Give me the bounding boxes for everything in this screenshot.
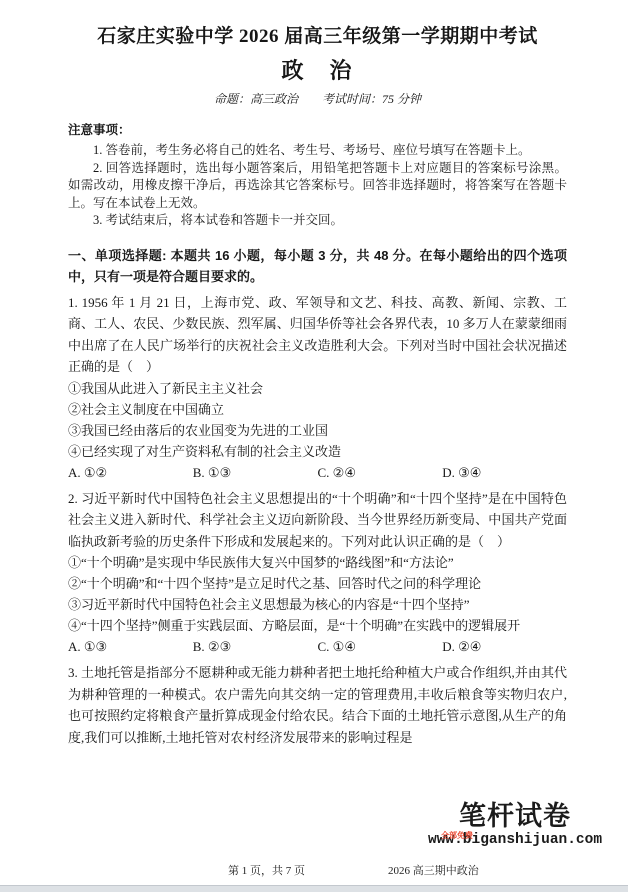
choice-d: D. ②④ <box>442 636 567 657</box>
question-stem: 1. 1956 年 1 月 21 日，上海市党、政、军领导和文艺、科技、高教、新… <box>68 292 567 378</box>
choice-d: D. ③④ <box>442 462 567 483</box>
subject-title: 政 治 <box>68 57 567 85</box>
section-heading: 一、单项选择题: 本题共 16 小题，每小题 3 分，共 48 分。在每小题给出… <box>68 245 567 287</box>
question-statement: ③习近平新时代中国特色社会主义思想最为核心的内容是“十四个坚持” <box>68 594 567 615</box>
answer-choices-row: A. ①③ B. ②③ C. ①④ D. ②④ <box>68 636 567 657</box>
question-3: 3. 土地托管是指部分不愿耕种或无能力耕种者把土地托给种植大户或合作组织,并由其… <box>68 662 567 748</box>
page-footer: 第 1 页，共 7 页 2026 高三期中政治 <box>0 862 628 877</box>
question-statement: ②“十个明确”和“十四个坚持”是立足时代之基、回答时代之问的科学理论 <box>68 573 567 594</box>
exam-meta-line: 命题：高三政治 考试时间：75 分钟 <box>68 91 567 107</box>
publisher-logo: 笔杆试卷 <box>459 801 613 831</box>
notice-item: 1. 答卷前，考生务必将自己的姓名、考生号、考场号、座位号填写在答题卡上。 <box>68 142 567 160</box>
question-2: 2. 习近平新时代中国特色社会主义思想提出的“十个明确”和“十四个坚持”是在中国… <box>68 488 567 658</box>
question-statement: ①我国从此进入了新民主主义社会 <box>68 378 567 399</box>
notice-item: 3. 考试结束后，将本试卷和答题卡一并交回。 <box>68 212 567 230</box>
choice-c: C. ①④ <box>318 636 443 657</box>
notice-label: 注意事项： <box>68 121 567 139</box>
question-stem: 2. 习近平新时代中国特色社会主义思想提出的“十个明确”和“十四个坚持”是在中国… <box>68 488 567 553</box>
question-statement: ④“十四个坚持”侧重于实践层面、方略层面，是“十个明确”在实践中的逻辑展开 <box>68 615 567 636</box>
answer-choices-row: A. ①② B. ①③ C. ②④ D. ③④ <box>68 462 567 483</box>
question-1: 1. 1956 年 1 月 21 日，上海市党、政、军领导和文艺、科技、高教、新… <box>68 292 567 483</box>
exam-paper-page: 石家庄实验中学 2026 届高三年级第一学期期中考试 政 治 命题：高三政治 考… <box>0 0 628 892</box>
page-number: 第 1 页，共 7 页 <box>228 862 305 878</box>
viewport-edge-strip <box>0 885 628 892</box>
question-statement: ③我国已经由落后的农业国变为先进的工业国 <box>68 420 567 441</box>
choice-b: B. ①③ <box>193 462 318 483</box>
publisher-watermark: 笔杆试卷 全部免费 www.biganshijuan.com <box>428 801 613 849</box>
question-statement: ①“十个明确”是实现中华民族伟大复兴中国梦的“路线图”和“方法论” <box>68 552 567 573</box>
question-stem: 3. 土地托管是指部分不愿耕种或无能力耕种者把土地托给种植大户或合作组织,并由其… <box>68 662 567 748</box>
notice-item: 2. 回答选择题时，选出每小题答案后，用铅笔把答题卡上对应题目的答案标号涂黑。如… <box>68 160 567 213</box>
question-statement: ④已经实现了对生产资料私有制的社会主义改造 <box>68 441 567 462</box>
page-content: 石家庄实验中学 2026 届高三年级第一学期期中考试 政 治 命题：高三政治 考… <box>0 0 628 748</box>
choice-a: A. ①③ <box>68 636 193 657</box>
page-title: 石家庄实验中学 2026 届高三年级第一学期期中考试 <box>68 24 567 50</box>
publisher-tagline: 全部免费 <box>441 830 473 841</box>
choice-a: A. ①② <box>68 462 193 483</box>
document-label: 2026 高三期中政治 <box>388 862 479 878</box>
choice-c: C. ②④ <box>318 462 443 483</box>
choice-b: B. ②③ <box>193 636 318 657</box>
question-statement: ②社会主义制度在中国确立 <box>68 399 567 420</box>
